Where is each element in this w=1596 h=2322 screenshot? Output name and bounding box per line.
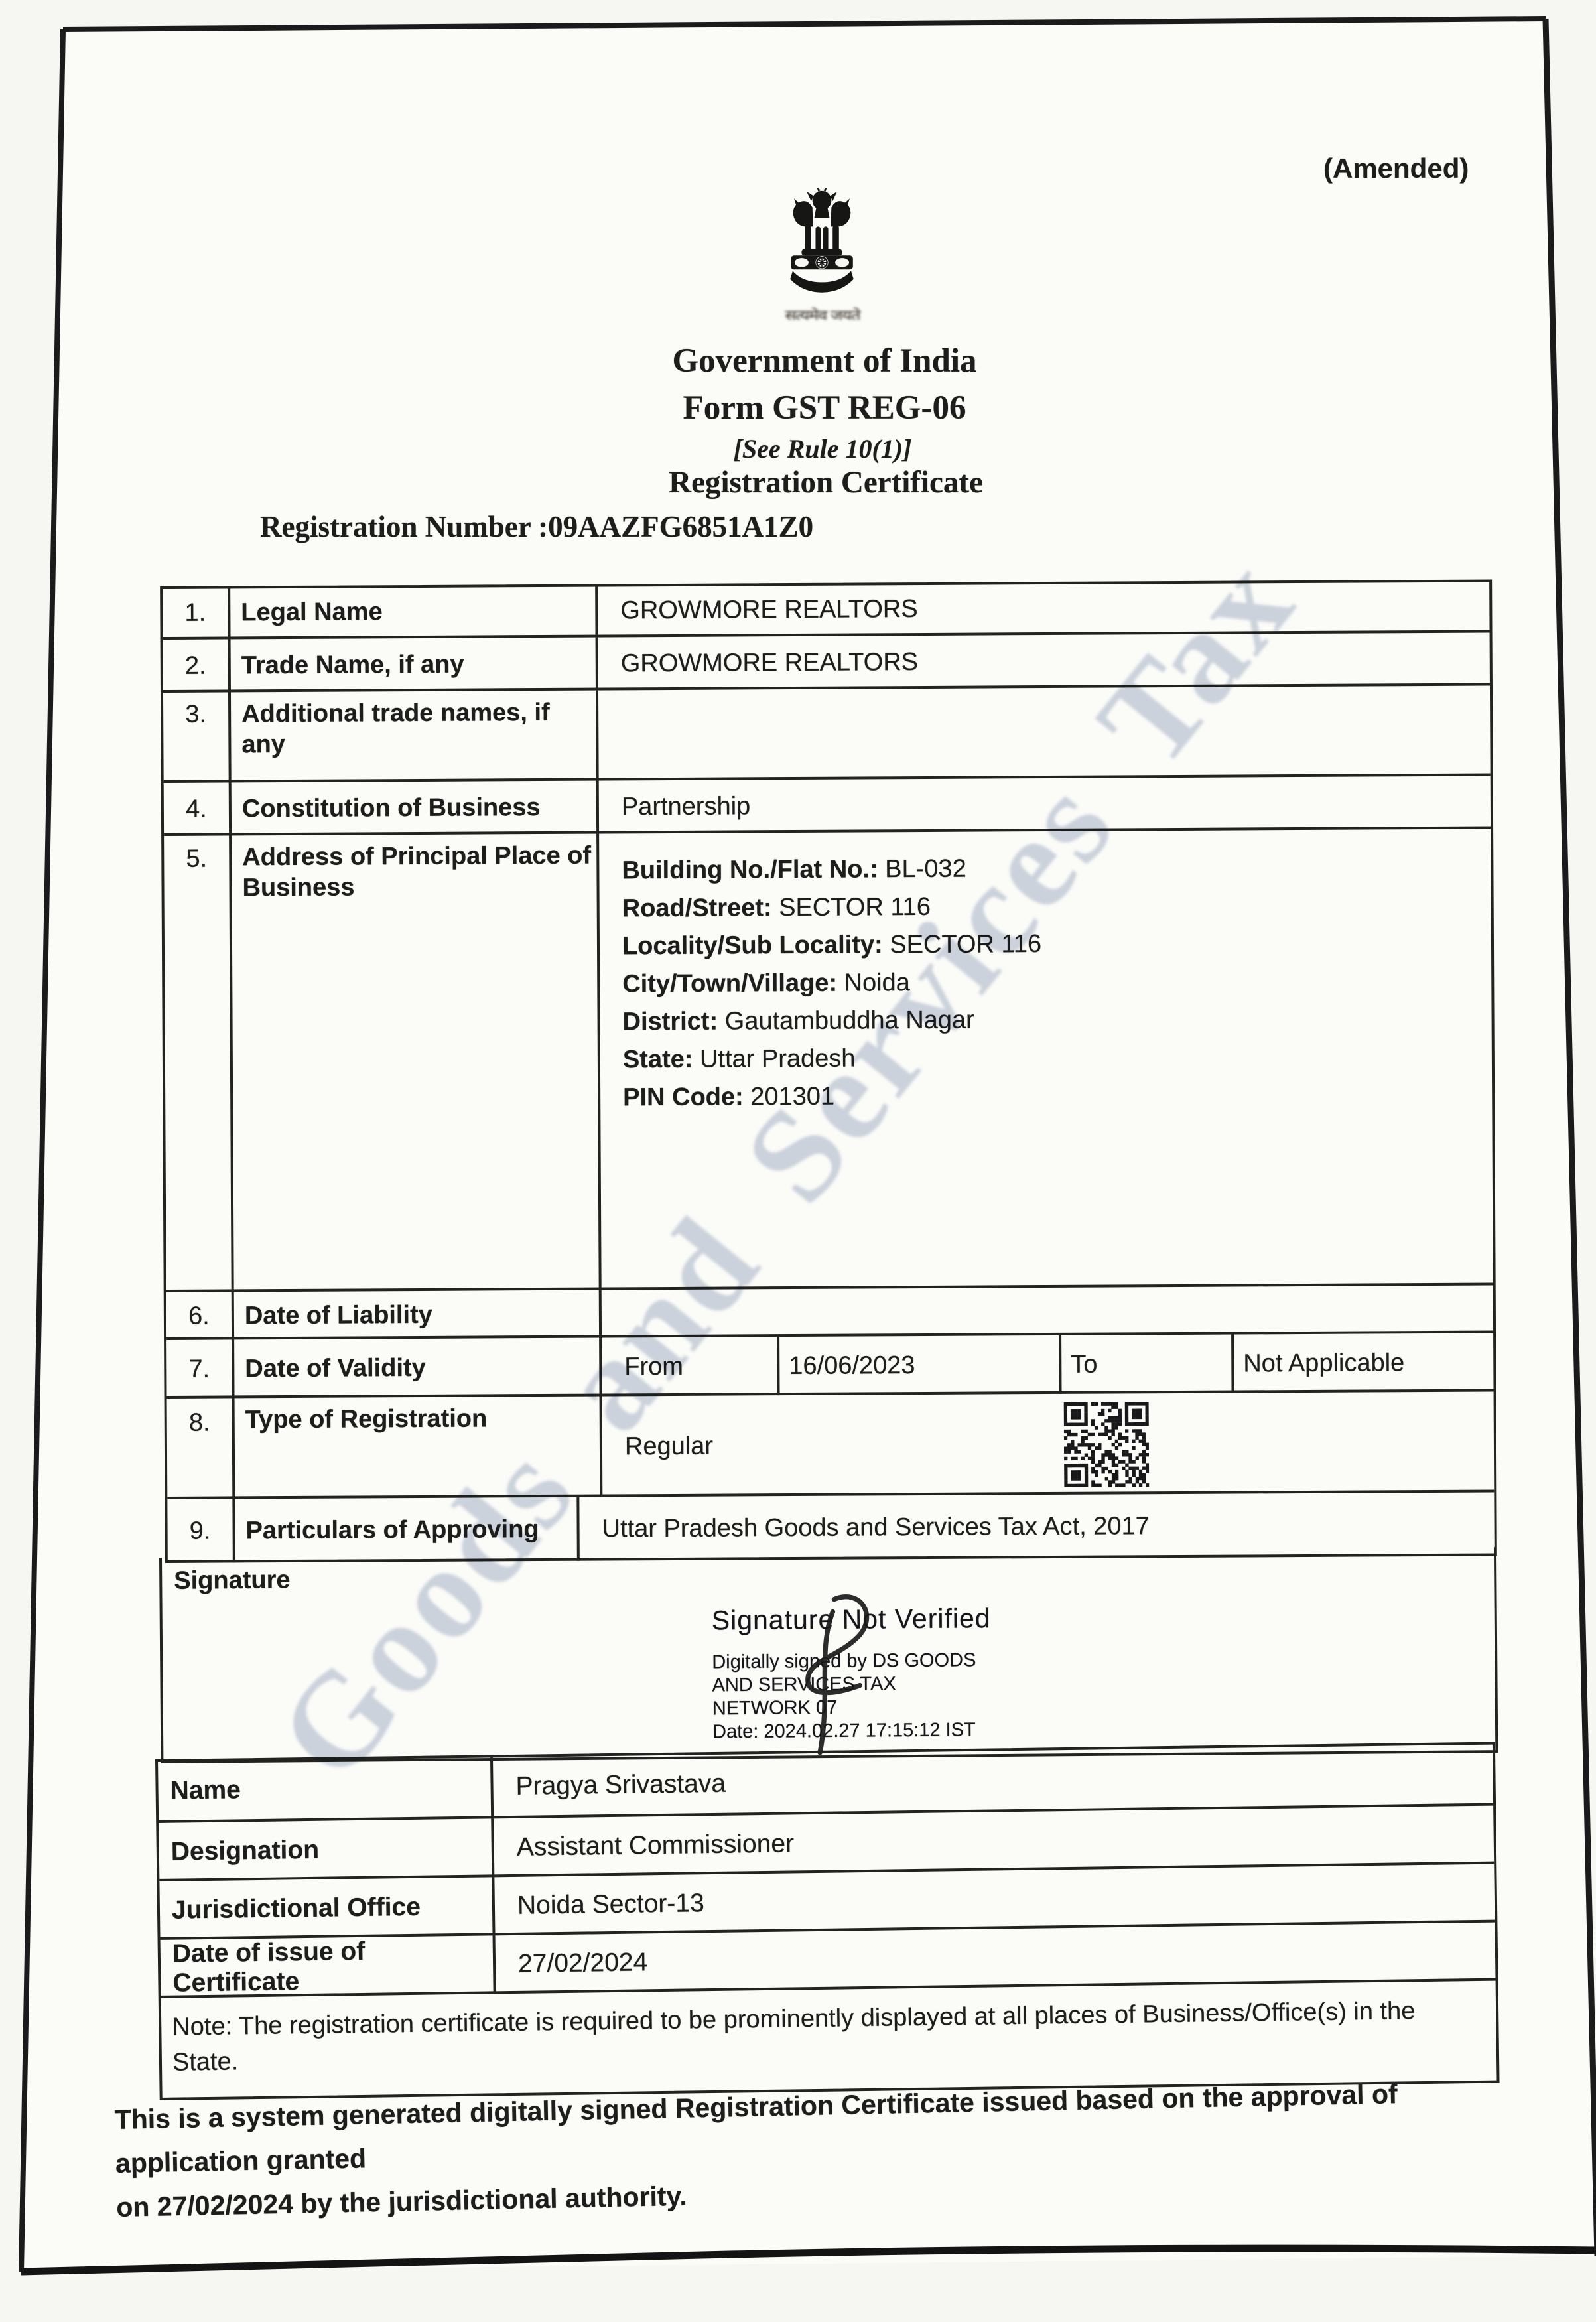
address-line: Building No./Flat No.: BL-032 xyxy=(622,848,1491,890)
row-label: Date of Validity xyxy=(234,1338,602,1399)
detail-label: Jurisdictional Office xyxy=(159,1877,495,1940)
table-row-constitution: 4. Constitution of Business Partnership xyxy=(164,774,1491,836)
table-row-additional-trade-names: 3. Additional trade names, if any xyxy=(163,683,1491,783)
address-line: PIN Code: 201301 xyxy=(623,1075,1492,1117)
signature-section: Signature Signature Not Verified Digital… xyxy=(159,1547,1498,1763)
row-number: 4. xyxy=(164,782,232,836)
officer-details-table: Name Pragya Srivastava Designation Assis… xyxy=(155,1742,1500,2100)
row-number: 6. xyxy=(166,1292,234,1340)
table-row-type-of-registration: 8. Type of Registration Regular xyxy=(167,1389,1495,1499)
row-label: Constitution of Business xyxy=(232,781,599,836)
row-number: 8. xyxy=(167,1398,235,1499)
row-value xyxy=(612,686,1491,781)
validity-to-label: To xyxy=(1059,1335,1231,1394)
amended-tag: (Amended) xyxy=(1323,153,1469,184)
row-value: GROWMORE REALTORS xyxy=(612,633,1490,691)
address-line: Road/Street: SECTOR 116 xyxy=(622,886,1491,928)
address-block: Building No./Flat No.: BL-032 Road/Stree… xyxy=(612,829,1493,1290)
validity-to-value: Not Applicable xyxy=(1231,1333,1493,1393)
detail-label: Name xyxy=(158,1757,494,1820)
form-gst-reg-06-title: Form GST REG-06 xyxy=(683,389,966,427)
row-number: 9. xyxy=(167,1499,235,1563)
row-number: 2. xyxy=(163,639,231,693)
registration-certificate-title: Registration Certificate xyxy=(669,464,983,500)
system-generated-footer: This is a system generated digitally sig… xyxy=(114,2070,1507,2229)
row-value: GROWMORE REALTORS xyxy=(611,582,1489,635)
gst-registration-certificate-page: Goods and Services Tax (Amended) xyxy=(0,0,1596,2322)
row-label: Type of Registration xyxy=(235,1397,603,1499)
row-value xyxy=(615,1286,1493,1338)
address-line: City/Town/Village: Noida xyxy=(622,961,1491,1004)
table-row-date-of-validity: 7. Date of Validity From 16/06/2023 To N… xyxy=(166,1331,1493,1399)
row-value: Partnership xyxy=(612,776,1491,834)
see-rule-subtitle: [See Rule 10(1)] xyxy=(734,433,912,464)
signature-squiggle-icon xyxy=(748,1590,896,1759)
india-state-emblem-icon xyxy=(783,188,860,303)
government-of-india-title: Government of India xyxy=(673,342,977,380)
row-number: 7. xyxy=(166,1339,234,1399)
registration-number-line: Registration Number :09AAZFG6851A1Z0 xyxy=(260,510,813,544)
table-row-legal-name: 1. Legal Name GROWMORE REALTORS xyxy=(163,582,1489,637)
validity-from-label: From xyxy=(615,1337,777,1396)
row-label: Address of Principal Place of Business xyxy=(232,834,602,1292)
qr-code xyxy=(1064,1402,1150,1487)
row-value: Regular xyxy=(616,1392,1495,1497)
address-line: State: Uttar Pradesh xyxy=(623,1037,1492,1079)
row-number: 1. xyxy=(163,588,230,637)
signature-label: Signature xyxy=(174,1566,291,1595)
row-label: Trade Name, if any xyxy=(231,638,598,693)
row-label: Particulars of Approving xyxy=(235,1497,579,1563)
motto-satyameva-jayate: सत्यमेव जयते xyxy=(769,306,876,325)
row-number: 3. xyxy=(163,692,232,783)
address-line: District: Gautambuddha Nagar xyxy=(622,999,1491,1042)
row-label: Additional trade names, if any xyxy=(231,691,599,783)
table-row-principal-address: 5. Address of Principal Place of Busines… xyxy=(164,827,1493,1292)
table-row-trade-name: 2. Trade Name, if any GROWMORE REALTORS xyxy=(163,630,1490,693)
row-label: Date of Liability xyxy=(234,1290,602,1340)
certificate-main-table: 1. Legal Name GROWMORE REALTORS 2. Trade… xyxy=(160,579,1497,1562)
row-label: Legal Name xyxy=(230,587,598,637)
detail-label: Designation xyxy=(159,1818,494,1881)
address-line: Locality/Sub Locality: SECTOR 116 xyxy=(622,923,1491,966)
row-number: 5. xyxy=(164,835,234,1292)
registration-number-value: 09AAZFG6851A1Z0 xyxy=(548,510,813,543)
registration-number-label: Registration Number : xyxy=(260,510,548,543)
validity-from-value: 16/06/2023 xyxy=(777,1335,1059,1395)
detail-label: Date of issue of Certificate xyxy=(161,1935,496,1998)
